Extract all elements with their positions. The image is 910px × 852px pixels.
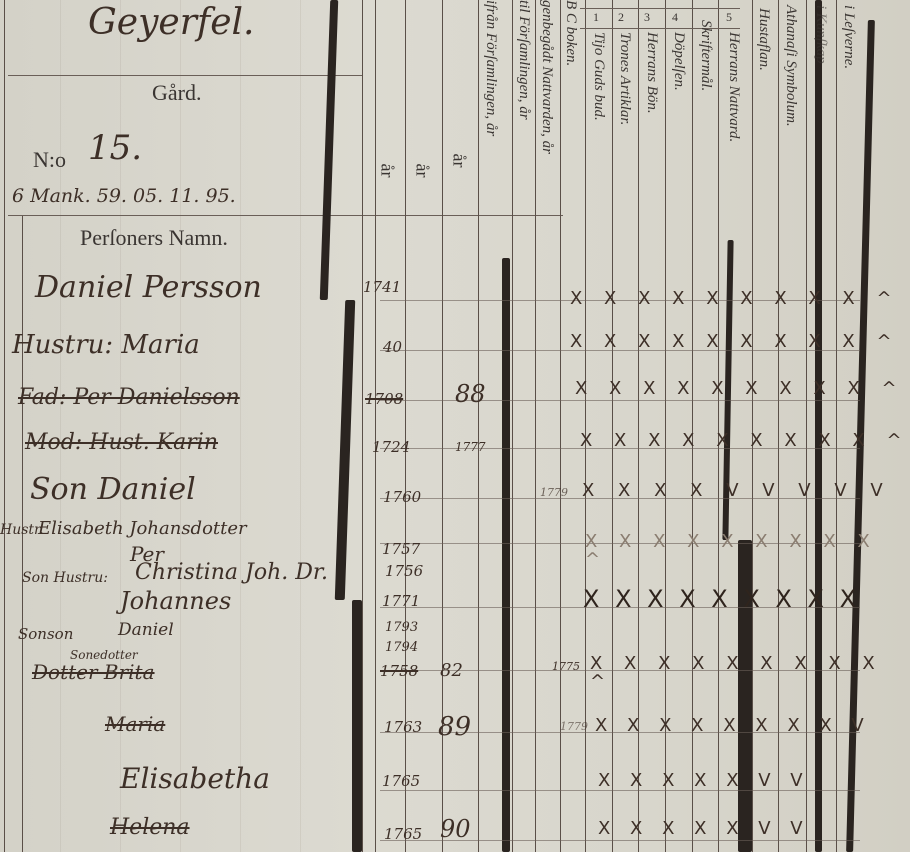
col-line (535, 0, 536, 852)
farm-number: 15. (88, 128, 142, 168)
person-name: Fad: Per Danielsson (18, 385, 240, 410)
knowledge-marks: X X X X X X X X X ^ (590, 655, 910, 691)
moved-year: 90 (440, 815, 471, 843)
left-year: 1777 (455, 440, 486, 454)
header-subject-2: Trones Artiklar. (616, 32, 633, 125)
person-name: Johannes (120, 587, 231, 615)
birth-year: 1758 (380, 662, 418, 680)
col-number-3: 3 (644, 10, 650, 25)
birth-year: 1708 (365, 390, 403, 408)
ink-divider-1c (352, 600, 362, 852)
person-name: Daniel Persson (35, 270, 262, 305)
row-line (380, 400, 860, 401)
col-number-2: 2 (618, 10, 624, 25)
col-number-1: 1 (593, 10, 599, 25)
parish-register-page: Geyerfel. Gård. N:o 15. 6 Mank. 59. 05. … (0, 0, 910, 852)
person-prefix: Son Hustru: (22, 570, 108, 586)
person-name: Hustru: Maria (12, 330, 200, 360)
header-subject-9: i Kunſkap (812, 5, 829, 64)
header-rule-1 (8, 75, 363, 76)
moved-year: 89 (438, 712, 471, 742)
year-label-3: år (448, 154, 469, 168)
communion-year: 1779 (540, 486, 568, 499)
communion-year: 1779 (560, 720, 588, 733)
person-name: Elisabeth Johansdotter (38, 518, 247, 539)
person-name: Elisabetha (120, 762, 270, 795)
no-label: N:o (33, 147, 66, 173)
header-subject-4: Döpelſen. (670, 32, 687, 91)
knowledge-marks: X X X X X X X X V (595, 717, 871, 735)
col-line (362, 0, 363, 852)
col-number-4: 4 (672, 10, 678, 25)
birth-year: 1724 (372, 438, 410, 456)
header-moved-from: ifrån Förſamlingen, år (482, 0, 499, 136)
knowledge-marks: X X X X V V V V V (582, 482, 892, 500)
knowledge-marks: X X X X X X X X X ^ (570, 333, 900, 351)
birth-year: 1741 (363, 278, 401, 296)
birth-year: 1771 (382, 592, 420, 610)
year-label-1: år (376, 164, 397, 178)
gard-label: Gård. (152, 80, 201, 106)
knowledge-marks: X X X X X X X X X ^ (580, 432, 910, 450)
left-border (4, 0, 5, 852)
person-name: Daniel (118, 620, 174, 640)
num-row-top (580, 8, 740, 9)
birth-year: 40 (383, 338, 402, 356)
person-name: Christina Joh. Dr. (135, 560, 328, 585)
ink-divider-1 (320, 0, 338, 300)
persons-label: Perſoners Namn. (80, 225, 228, 251)
person-name: Son Daniel (30, 472, 196, 507)
header-subject-6: Herrans Nattvard. (725, 32, 742, 142)
header-communion: genbegådt Nattvarden, år (538, 0, 555, 154)
moved-year: 82 (440, 660, 463, 681)
ink-divider-2 (502, 258, 510, 852)
person-name: Maria (105, 712, 165, 736)
knowledge-marks: X X X X X V V (598, 820, 810, 838)
knowledge-marks: X X X X X X X X X ^ (575, 380, 905, 398)
ink-divider-1b (335, 300, 355, 600)
num-row-bottom (580, 28, 740, 29)
communion-year: 1775 (552, 660, 580, 673)
col-line (512, 0, 513, 852)
knowledge-marks: X X X X X X X X X ^ (570, 290, 900, 308)
birth-year: 1765 (384, 825, 422, 843)
col-number-5: 5 (726, 10, 732, 25)
person-name: Helena (110, 815, 190, 840)
person-name: Dotter Brita (32, 660, 155, 684)
birth-year: 1793 (385, 620, 418, 635)
header-moved-to: til Förſamlingen, år (515, 0, 532, 120)
knowledge-marks: X X X X X X X X X ^ (585, 533, 910, 569)
knowledge-marks: X X X X X V V (598, 772, 810, 790)
header-subject-8: Athanaſi Symbolum. (782, 5, 799, 127)
year-label-2: år (411, 164, 432, 178)
header-subject-3: Herrans Bön. (643, 32, 660, 114)
person-name: Mod: Hust. Karin (25, 430, 218, 455)
mantal-note: 6 Mank. 59. 05. 11. 95. (12, 185, 236, 207)
header-subject-5: Skriftermål. (697, 20, 714, 91)
header-subject-10: i Leſverne. (840, 5, 857, 69)
birth-year: 1757 (382, 540, 420, 558)
header-abc-book: B C boken. (562, 0, 579, 66)
birth-year: 1763 (384, 718, 422, 736)
knowledge-marks: X X X X X X X X X (583, 590, 860, 608)
person-prefix: Sonson (18, 625, 73, 643)
header-subject-1: Tijo Guds bud. (590, 32, 607, 121)
header-subject-7: Hustaflan. (755, 8, 772, 71)
birth-year: 1765 (382, 772, 420, 790)
header-rule-2 (8, 215, 563, 216)
col-line (478, 0, 479, 852)
birth-year: 1760 (383, 488, 421, 506)
birth-year: 1794 (385, 640, 418, 655)
col-line (375, 0, 376, 852)
left-year: 88 (455, 380, 486, 408)
birth-year: 1756 (385, 562, 423, 580)
village-name: Geyerfel. (88, 2, 255, 43)
